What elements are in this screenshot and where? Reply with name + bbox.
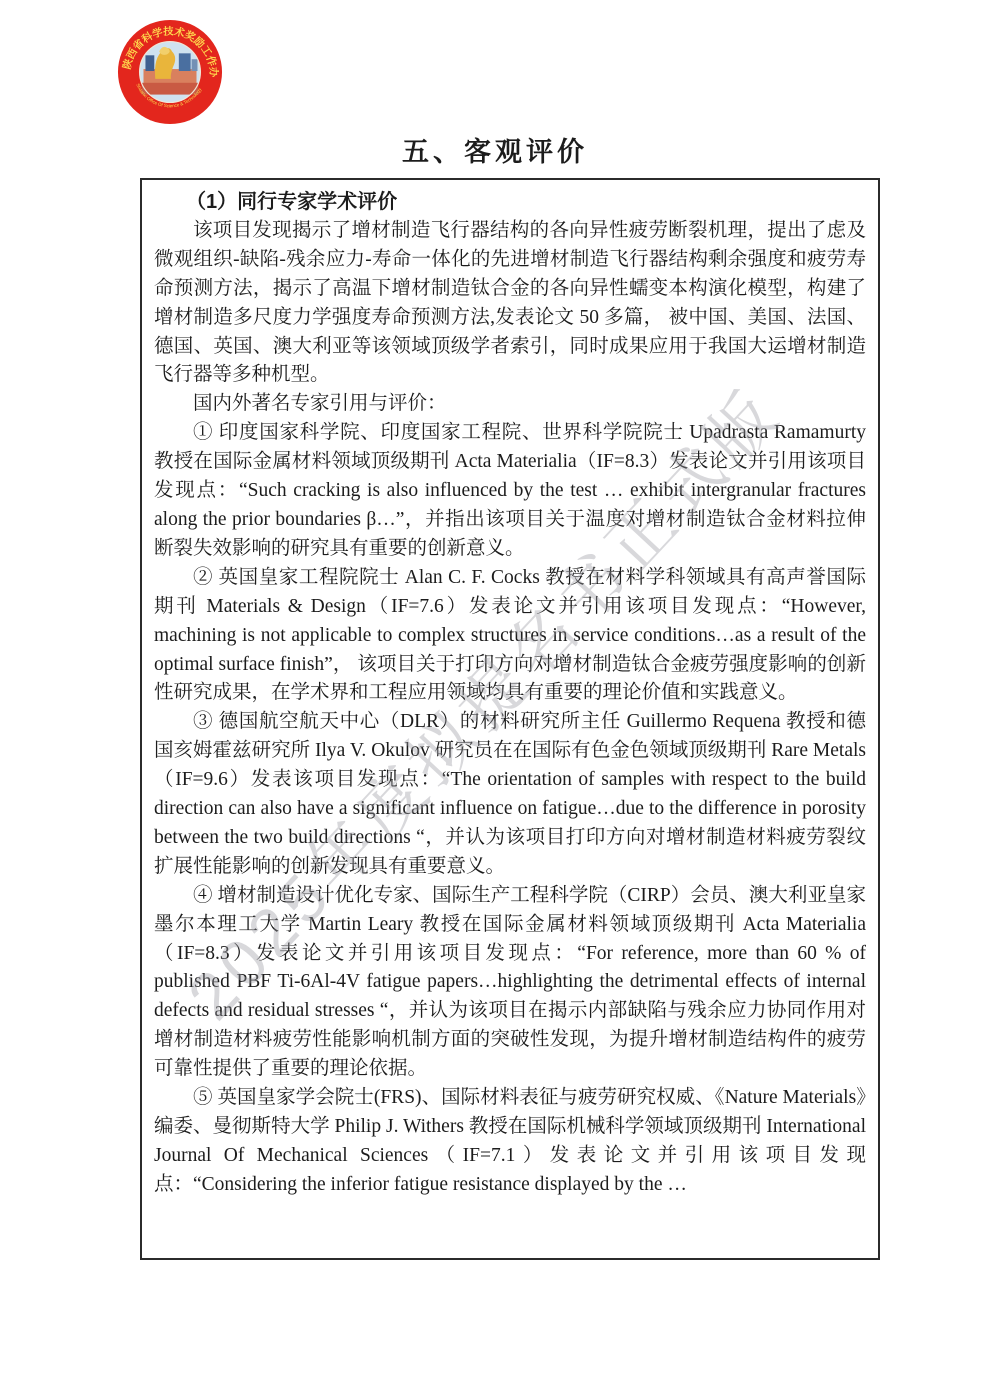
section-heading: （1）同行专家学术评价 bbox=[154, 188, 866, 217]
document-page: 陕西省科学技术奖励工作办公室 Shaanxi Office Of Science… bbox=[0, 0, 990, 1399]
paragraph-expert-4-leary: ④ 增材制造设计优化专家、国际生产工程科学院（CIRP）会员、澳大利亚皇家墨尔本… bbox=[154, 882, 866, 1084]
paragraph-project-summary: 该项目发现揭示了增材制造飞行器结构的各向异性疲劳断裂机理，提出了虑及微观组织-缺… bbox=[154, 217, 866, 390]
paragraph-expert-1-ramamurty: ① 印度国家科学院、印度国家工程院、世界科学院院士 Upadrasta Rama… bbox=[154, 419, 866, 564]
organization-seal-logo: 陕西省科学技术奖励工作办公室 Shaanxi Office Of Science… bbox=[116, 18, 224, 126]
paragraph-expert-2-cocks: ② 英国皇家工程院院士 Alan C. F. Cocks 教授在材料学科领域具有… bbox=[154, 564, 866, 709]
paragraph-expert-3-requena: ③ 德国航空航天中心（DLR）的材料研究所主任 Guillermo Requen… bbox=[154, 708, 866, 881]
evaluation-content-box: （1）同行专家学术评价 该项目发现揭示了增材制造飞行器结构的各向异性疲劳断裂机理… bbox=[140, 178, 880, 1260]
paragraph-experts-intro: 国内外著名专家引用与评价： bbox=[154, 390, 866, 419]
page-title: 五、客观评价 bbox=[0, 130, 990, 169]
seal-center-picture bbox=[140, 42, 201, 103]
paragraph-expert-5-withers: ⑤ 英国皇家学会院士(FRS)、国际材料表征与疲劳研究权威、《Nature Ma… bbox=[154, 1084, 866, 1200]
